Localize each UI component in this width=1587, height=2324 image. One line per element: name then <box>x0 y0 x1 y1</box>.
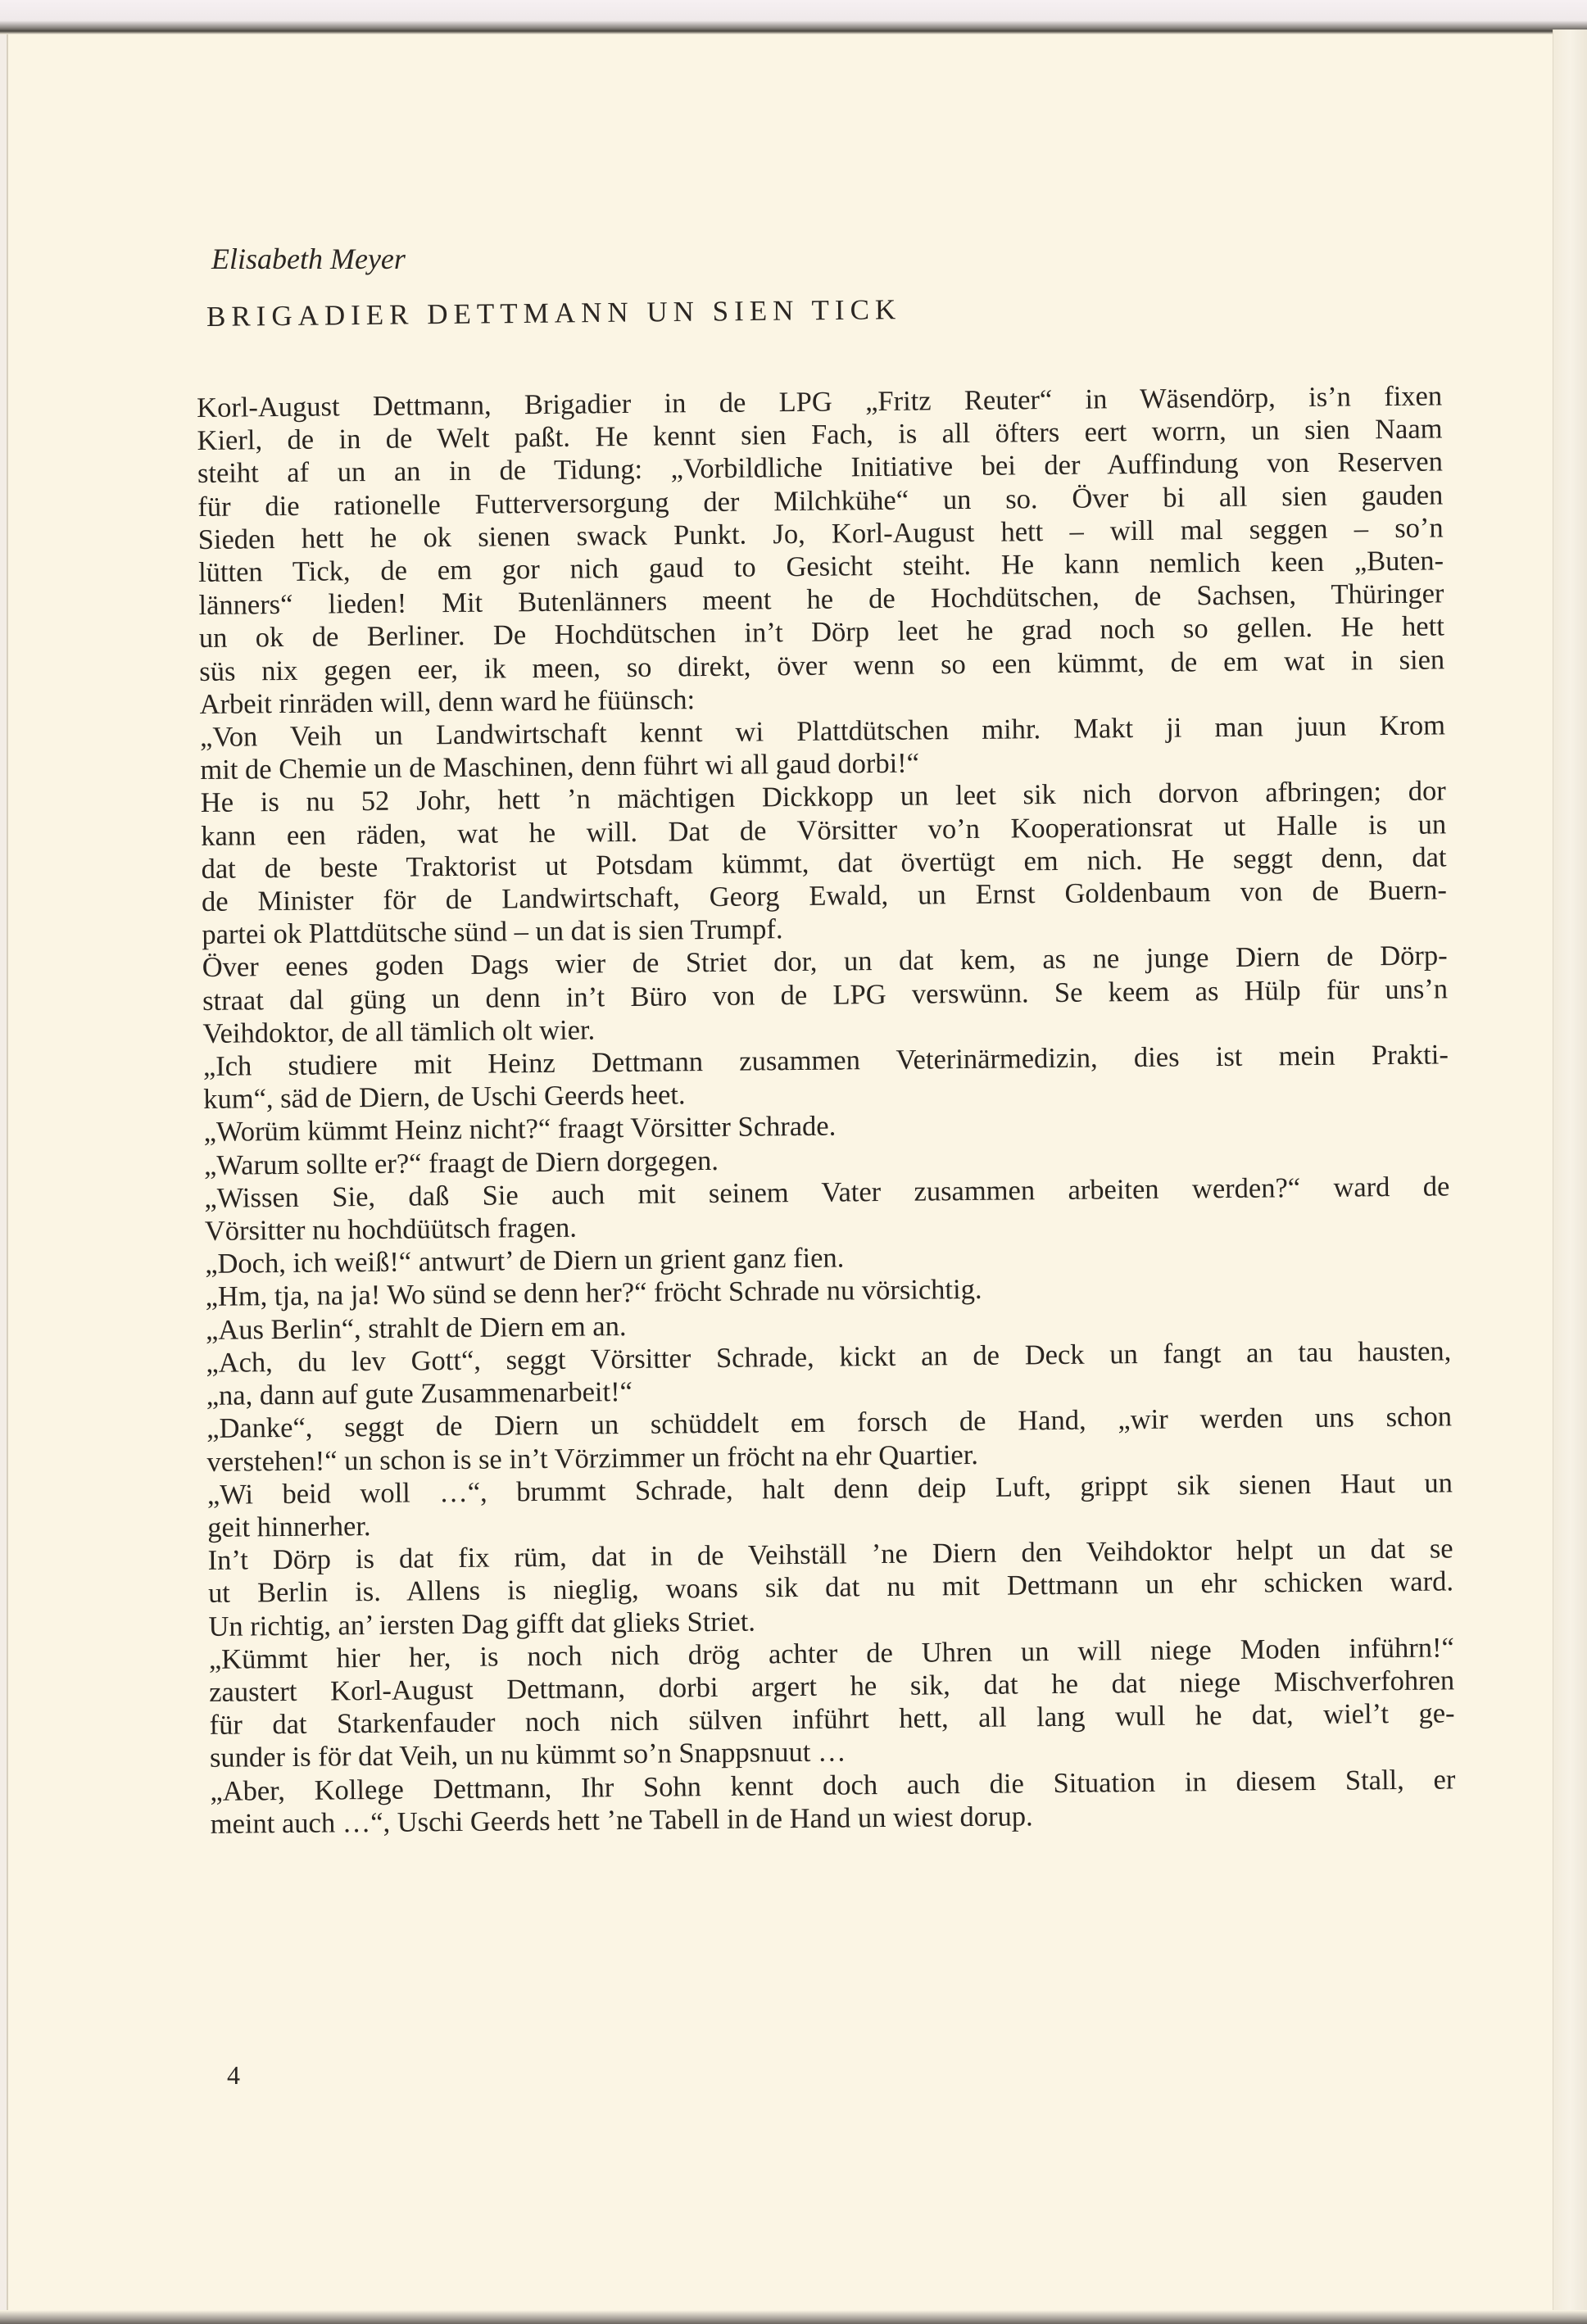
story-body: Korl-August Dettmann, Brigadier in de LP… <box>197 379 1456 1840</box>
author-name: Elisabeth Meyer <box>211 242 406 276</box>
next-page-edge <box>1553 29 1587 2324</box>
page-number: 4 <box>227 2060 240 2091</box>
scan-top-edge <box>0 0 1587 34</box>
scan-bottom-edge <box>0 2310 1587 2324</box>
